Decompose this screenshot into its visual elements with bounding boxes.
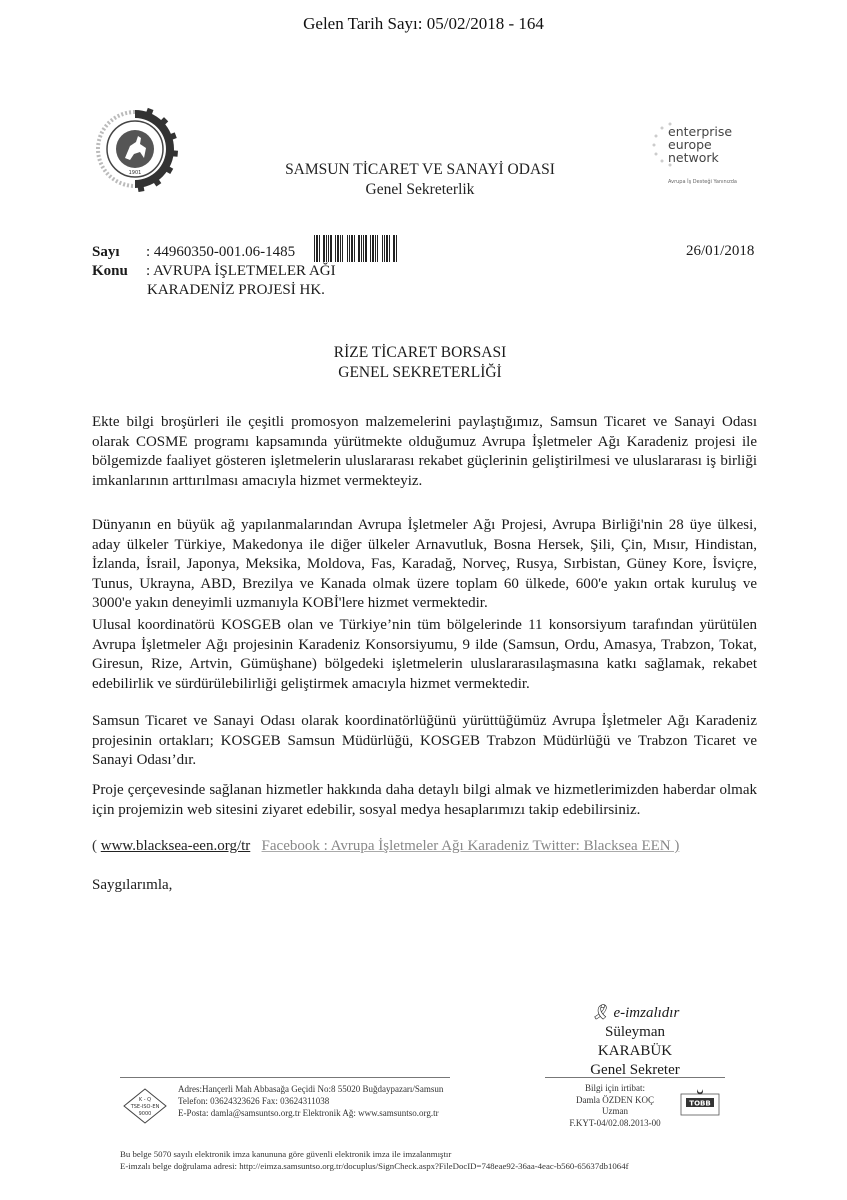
e-signature-icon: 🎗 <box>591 1005 610 1021</box>
verification-url[interactable]: E-imzalı belge doğrulama adresi: http://… <box>120 1160 629 1172</box>
sayi-label: Sayı <box>92 243 146 262</box>
body-paragraph: Ulusal koordinatörü KOSGEB olan ve Türki… <box>92 616 757 694</box>
svg-text:TOBB: TOBB <box>689 1100 710 1108</box>
konu-value-cont: KARADENİZ PROJESİ HK. <box>92 281 336 300</box>
iso-certification-icon: K - Q TSE-ISO-EN 9000 <box>123 1088 167 1124</box>
org-header: SAMSUN TİCARET VE SANAYİ ODASI Genel Sek… <box>230 160 610 200</box>
konu-label: Konu <box>92 262 146 281</box>
tobb-logo-icon: TOBB <box>680 1088 720 1116</box>
footer-divider <box>120 1077 450 1078</box>
body-paragraph: Proje çerçevesinde sağlanan hizmetler ha… <box>92 781 757 820</box>
body-paragraph: Ekte bilgi broşürleri ile çeşitli promos… <box>92 413 757 491</box>
svg-text:K - Q: K - Q <box>139 1097 151 1103</box>
footer-divider <box>545 1077 725 1078</box>
project-links: ( www.blacksea-een.org/tr Facebook : Avr… <box>92 838 679 855</box>
body-paragraph: Samsun Ticaret ve Sanayi Odası olarak ko… <box>92 712 757 771</box>
body-paragraph: Dünyanın en büyük ağ yapılanmalarından A… <box>92 516 757 614</box>
sayi-value: : 44960350-001.06-1485 <box>146 244 295 260</box>
een-tagline: Avrupa İş Desteği Yanınızda <box>668 176 737 189</box>
signer-name: Süleyman KARABÜK <box>580 1023 690 1061</box>
barcode-icon <box>314 235 398 262</box>
footer-address: Adres:Hançerli Mah Abbasağa Geçidi No:8 … <box>178 1083 443 1119</box>
closing: Saygılarımla, <box>92 877 172 894</box>
svg-text:1901: 1901 <box>129 170 142 176</box>
document-meta: Sayı: 44960350-001.06-1485 Konu: AVRUPA … <box>92 243 336 300</box>
legal-notice: Bu belge 5070 sayılı elektronik imza kan… <box>120 1148 629 1172</box>
chamber-logo-icon: 1901 <box>92 106 178 192</box>
document-date: 26/01/2018 <box>686 243 754 260</box>
svg-text:TSE-ISO-EN: TSE-ISO-EN <box>130 1104 160 1110</box>
org-unit: Genel Sekreterlik <box>230 180 610 200</box>
svg-text:9000: 9000 <box>139 1111 152 1117</box>
een-logo: enterprise europe network Avrupa İş Dest… <box>668 125 737 189</box>
social-media-links[interactable]: Facebook : Avrupa İşletmeler Ağı Karaden… <box>262 838 680 854</box>
signature-block: 🎗 e-imzalıdır Süleyman KARABÜK Genel Sek… <box>580 1004 690 1080</box>
incoming-date-stamp: Gelen Tarih Sayı: 05/02/2018 - 164 <box>0 14 847 34</box>
footer-contact: Bilgi için irtibat: Damla ÖZDEN KOÇ Uzma… <box>560 1083 670 1129</box>
org-name: SAMSUN TİCARET VE SANAYİ ODASI <box>230 160 610 180</box>
recipient: RİZE TİCARET BORSASI GENEL SEKRETERLİĞİ <box>230 343 610 383</box>
konu-value: : AVRUPA İŞLETMELER AĞI <box>146 263 336 279</box>
website-link[interactable]: www.blacksea-een.org/tr <box>101 838 251 854</box>
